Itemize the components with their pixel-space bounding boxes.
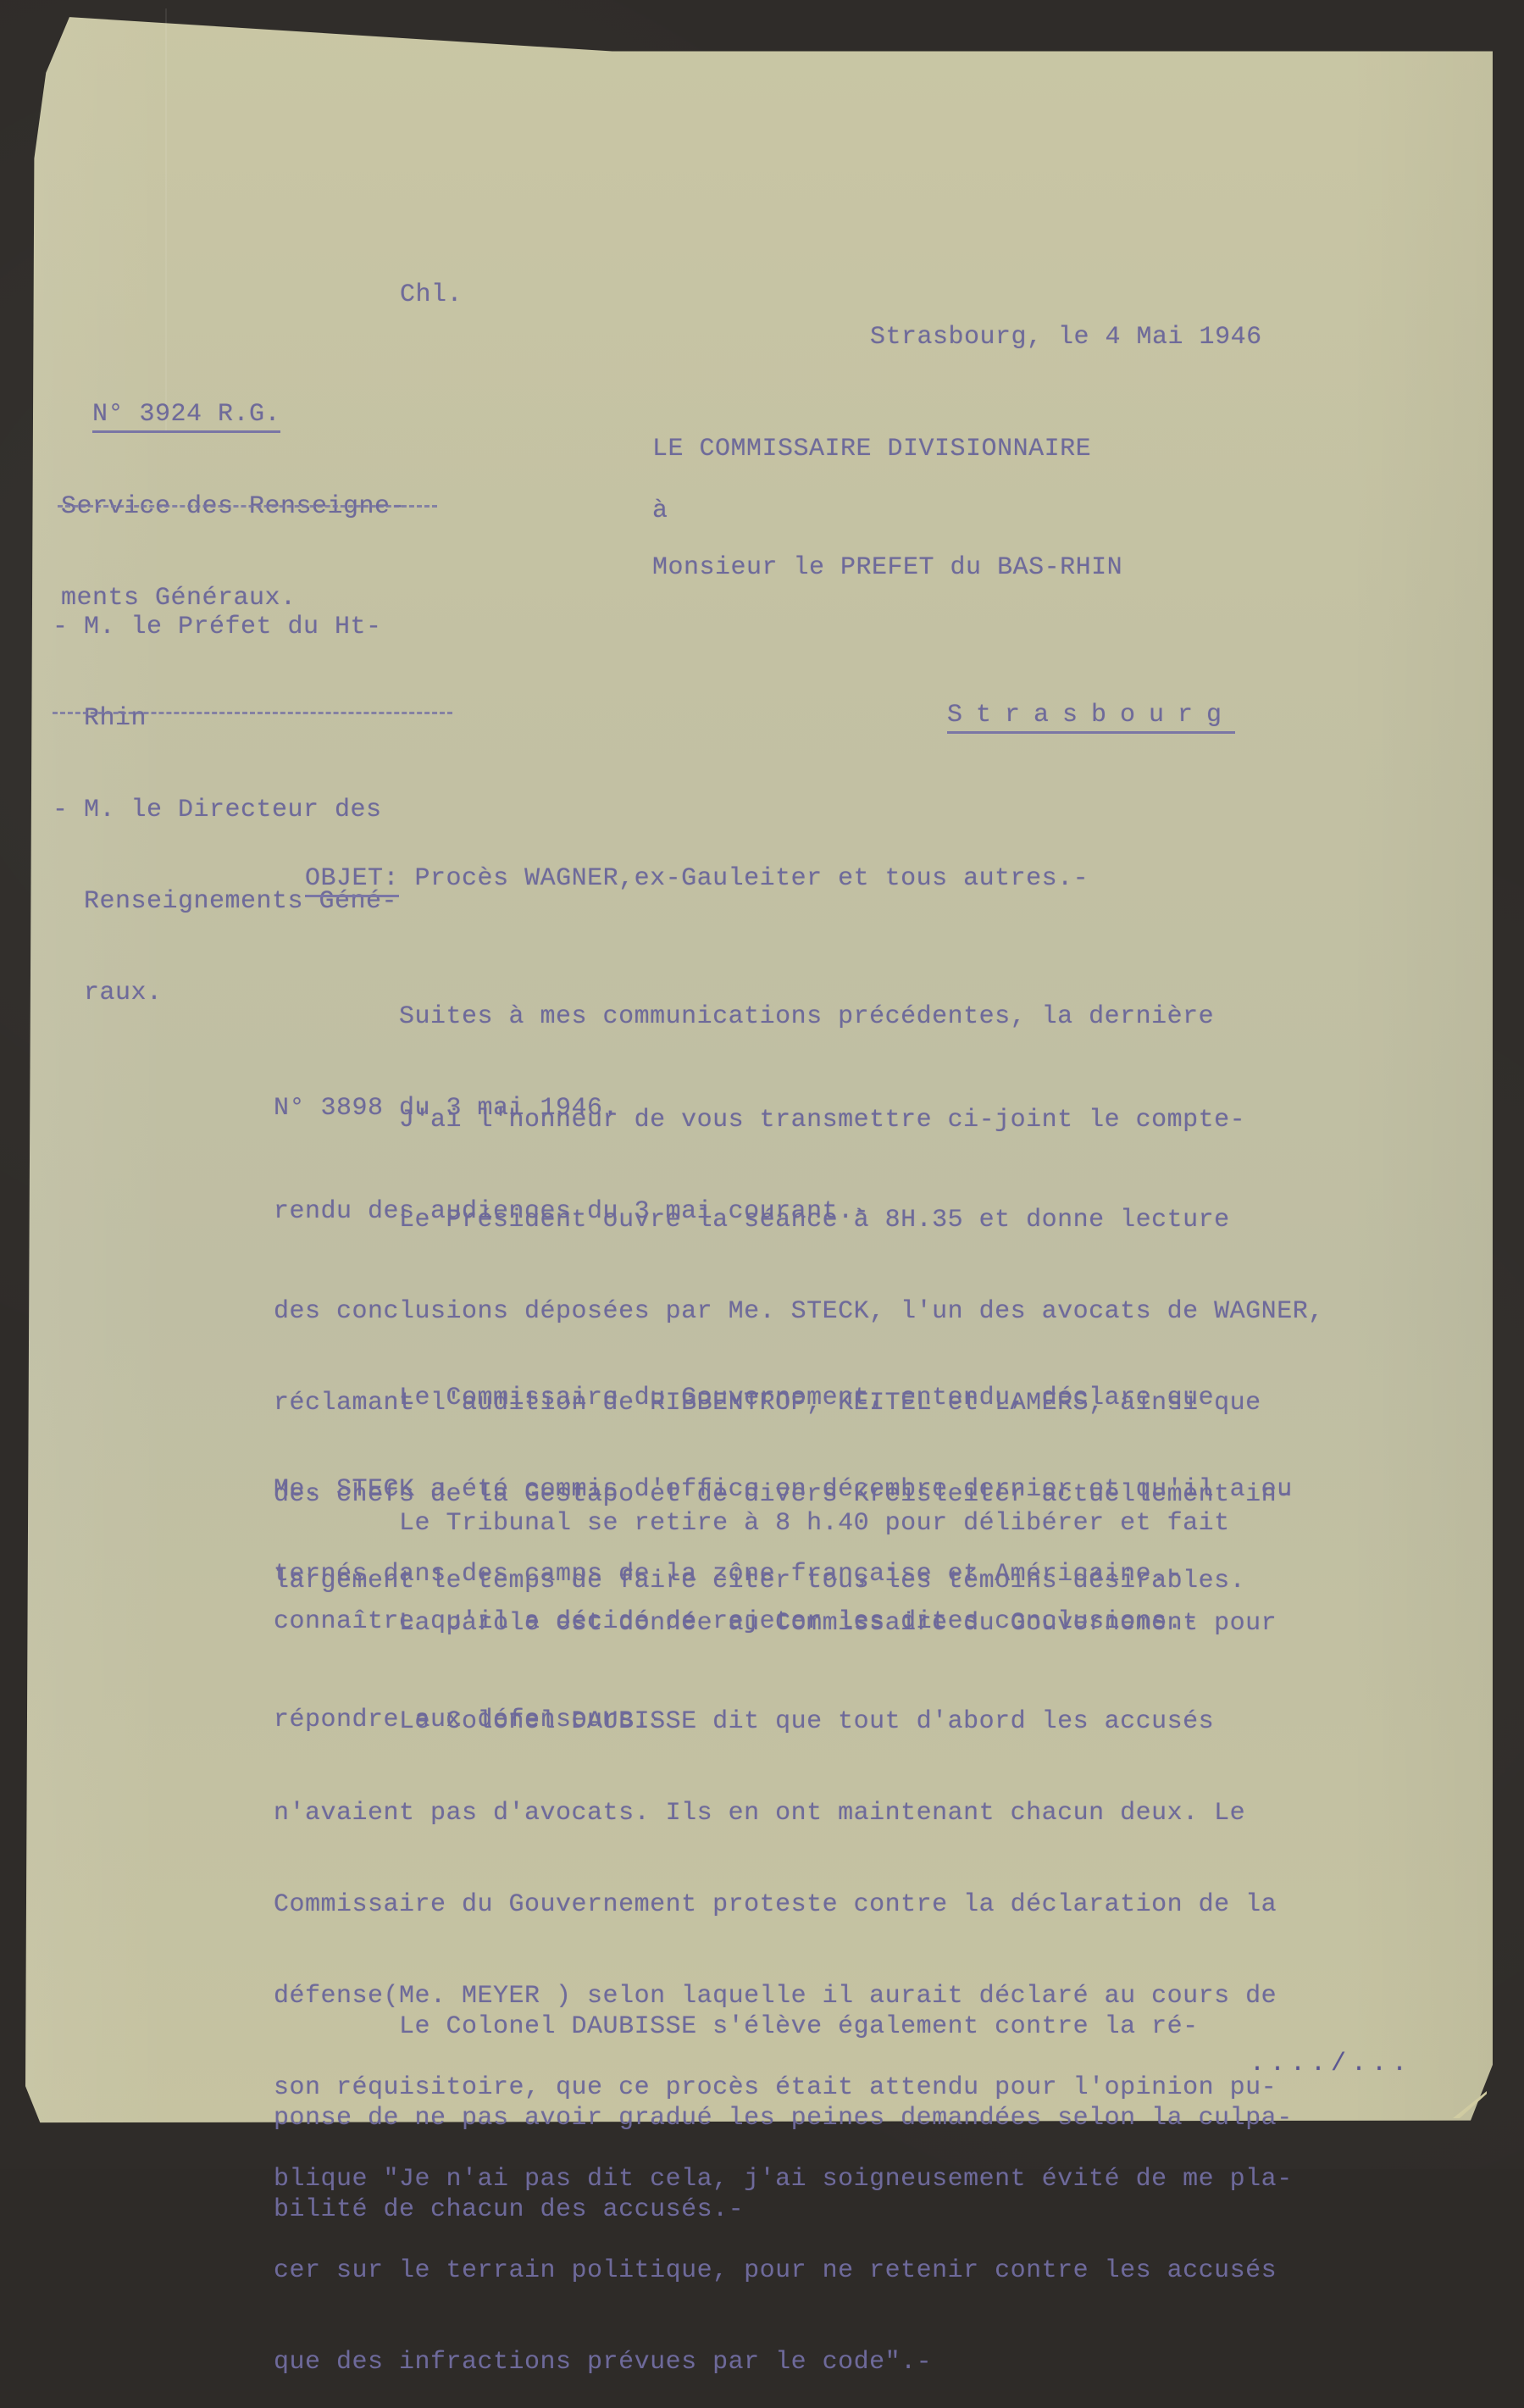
recipient-city: Strasbourg	[889, 669, 1235, 730]
paragraph-8: Le Colonel DAUBISSE s'élève également co…	[274, 1950, 1293, 2169]
reference-number-text: N° 3924 R.G.	[92, 400, 280, 433]
paragraph-line: Suites à mes communications précédentes,…	[274, 1001, 1214, 1032]
copy-recipient-2-line-1: - M. le Directeur des	[53, 795, 397, 825]
subject-text: Procès WAGNER,ex-Gauleiter et tous autre…	[399, 864, 1089, 893]
sender-title: LE COMMISSAIRE DIVISIONNAIRE	[652, 434, 1091, 464]
place-and-date: Strasbourg, le 4 Mai 1946	[870, 322, 1262, 352]
copy-recipient-1-line-2: Rhin	[53, 703, 397, 734]
paragraph-line: Le Colonel DAUBISSE s'élève également co…	[274, 2011, 1293, 2042]
paragraph-line: Le Tribunal se retire à 8 h.40 pour déli…	[274, 1508, 1230, 1539]
subject-label: OBJET:	[305, 864, 399, 897]
paragraph-line: n'avaient pas d'avocats. Ils en ont main…	[274, 1798, 1293, 1828]
paragraph-line: J'ai l'honneur de vous transmettre ci-jo…	[274, 1105, 1245, 1135]
paragraph-line: ponse de ne pas avoir gradué les peines …	[274, 2103, 1293, 2133]
paragraph-line: Le Président ouvre la séance à 8H.35 et …	[274, 1205, 1324, 1235]
reference-number: N° 3924 R.G.	[61, 369, 280, 430]
continuation-mark: ..../...	[1250, 2049, 1412, 2079]
paragraph-line: Le Colonel DAUBISSE dit que tout d'abord…	[274, 1706, 1293, 1737]
recipient-city-text: Strasbourg	[947, 701, 1235, 734]
recipient: Monsieur le PREFET du BAS-RHIN	[652, 552, 1122, 583]
copy-recipient-1-line-1: - M. le Préfet du Ht-	[53, 612, 397, 642]
subject-line: OBJET: Procès WAGNER,ex-Gauleiter et tou…	[274, 833, 1089, 894]
paragraph-line: La parole est donnée au Commissaire du G…	[274, 1608, 1277, 1639]
addressed-to: à	[652, 496, 668, 526]
paragraph-line: Le Commissaire du Gouvernement, entendu,…	[274, 1383, 1293, 1413]
paragraph-line: Commissaire du Gouvernement proteste con…	[274, 1889, 1293, 1920]
divider-rule-top	[58, 505, 437, 508]
divider-rule-bottom	[53, 712, 452, 714]
typist-initials: Chl.	[400, 280, 463, 310]
